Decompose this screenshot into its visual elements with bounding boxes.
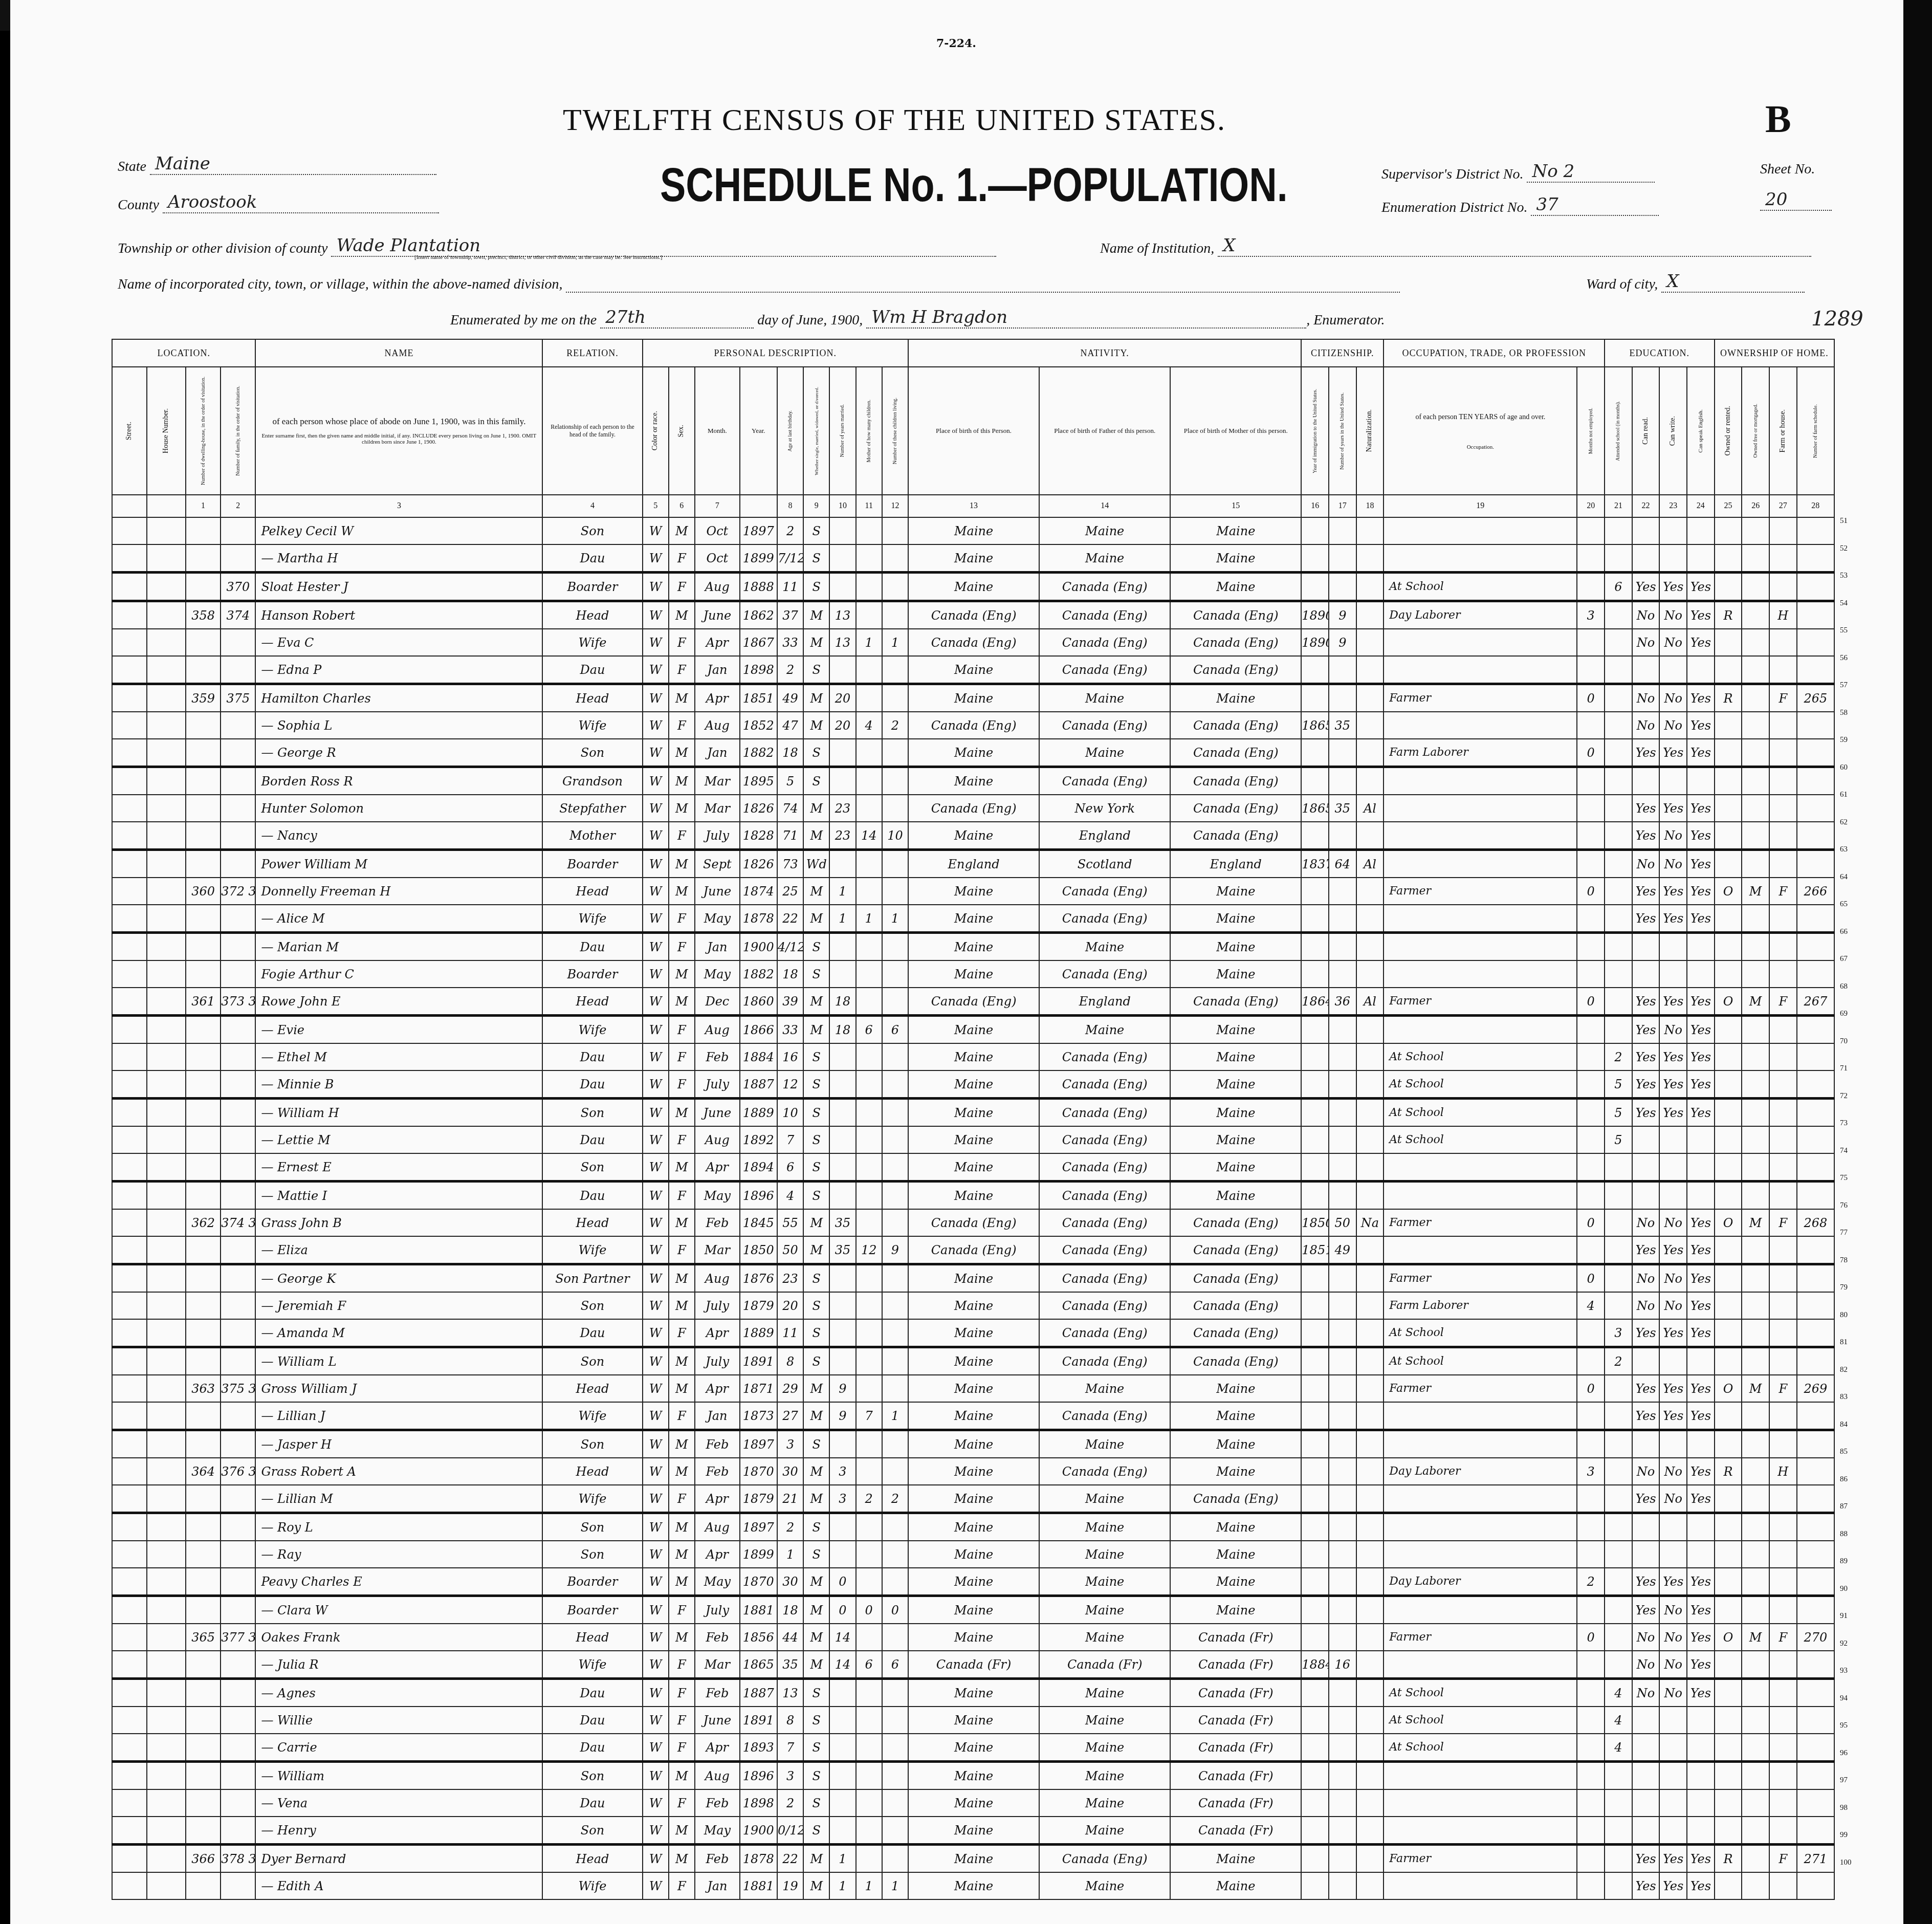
father-birthplace-cell: Canada (Eng) <box>1039 656 1170 684</box>
name-cell: Power William M <box>255 850 542 878</box>
can-write-cell <box>1659 1126 1687 1153</box>
birthplace-cell: Maine <box>908 1043 1039 1070</box>
naturalization-cell <box>1356 1347 1384 1375</box>
speaks-english-cell: Yes <box>1687 1651 1715 1679</box>
free-mortgaged-cell <box>1742 1070 1769 1099</box>
naturalization-cell <box>1356 656 1384 684</box>
mother-birthplace-cell: Canada (Fr) <box>1170 1651 1301 1679</box>
naturalization-cell <box>1356 1430 1384 1458</box>
naturalization-cell <box>1356 1679 1384 1707</box>
years-in-us-cell <box>1329 1182 1356 1210</box>
sheet-no-value: 20 <box>1760 189 1787 210</box>
sex-cell: F <box>669 544 695 573</box>
can-read-cell: Yes <box>1632 1043 1660 1070</box>
immigration-year-cell <box>1301 1099 1329 1127</box>
can-write-cell: Yes <box>1659 1070 1687 1099</box>
house-number-cell <box>147 601 186 629</box>
naturalization-cell <box>1356 1236 1384 1264</box>
line-number: 73 <box>1840 1119 1848 1128</box>
mother-birthplace-cell: Canada (Fr) <box>1170 1817 1301 1845</box>
birthplace-cell: Maine <box>908 656 1039 684</box>
family-number-cell <box>221 517 255 544</box>
birth-year-cell: 1887 <box>740 1679 777 1707</box>
can-read-cell: Yes <box>1632 795 1660 822</box>
owned-rented-cell <box>1715 1070 1742 1099</box>
street-cell <box>112 1596 147 1624</box>
can-write-cell: Yes <box>1659 573 1687 601</box>
can-read-cell: Yes <box>1632 1872 1660 1899</box>
naturalization-cell <box>1356 1153 1384 1182</box>
dwelling-number-cell <box>186 1513 221 1541</box>
mother-of-cell <box>856 933 882 961</box>
children-living-cell <box>882 656 908 684</box>
school-months-cell <box>1605 960 1632 988</box>
naturalization-cell <box>1356 1596 1384 1624</box>
birth-year-cell: 1870 <box>740 1458 777 1485</box>
name-cell: — Alice M <box>255 905 542 933</box>
house-number-cell <box>147 573 186 601</box>
owned-rented-cell <box>1715 1568 1742 1596</box>
owned-rented-cell: R <box>1715 601 1742 629</box>
years-in-us-cell: 9 <box>1329 629 1356 656</box>
years-in-us-cell <box>1329 1734 1356 1762</box>
months-unemployed-cell <box>1577 905 1605 933</box>
father-birthplace-cell: Canada (Eng) <box>1039 1845 1170 1873</box>
sex-cell: F <box>669 822 695 850</box>
table-row: — Martha HDauWFOct18997/12SMaineMaineMai… <box>112 544 1834 573</box>
relation-cell: Dau <box>542 1734 642 1762</box>
age-cell: 30 <box>777 1568 803 1596</box>
hdr-marital: Whether single, married, widowed, or div… <box>803 367 829 495</box>
can-read-cell <box>1632 767 1660 795</box>
marital-status-cell: M <box>803 629 829 656</box>
farm-schedule-cell <box>1797 1043 1834 1070</box>
years-married-cell <box>829 1541 855 1568</box>
children-living-cell <box>882 1375 908 1402</box>
marital-status-cell: M <box>803 905 829 933</box>
can-write-cell <box>1659 1153 1687 1182</box>
name-cell: Gross William J <box>255 1375 542 1402</box>
column-number: 3 <box>255 495 542 517</box>
immigration-year-cell <box>1301 933 1329 961</box>
age-cell: 47 <box>777 712 803 739</box>
farm-house-cell <box>1769 1319 1797 1347</box>
column-number <box>112 495 147 517</box>
years-in-us-cell <box>1329 1264 1356 1293</box>
dwelling-number-cell <box>186 1182 221 1210</box>
farm-house-cell: H <box>1769 1458 1797 1485</box>
birth-month-cell: Apr <box>695 684 740 712</box>
age-cell: 50 <box>777 1236 803 1264</box>
months-unemployed-cell <box>1577 1485 1605 1513</box>
family-number-cell <box>221 1568 255 1596</box>
dwelling-number-cell <box>186 1402 221 1430</box>
birthplace-cell: Maine <box>908 1762 1039 1790</box>
line-number: 69 <box>1840 1010 1848 1018</box>
free-mortgaged-cell <box>1742 767 1769 795</box>
dwelling-number-cell <box>186 1568 221 1596</box>
children-living-cell <box>882 1707 908 1734</box>
immigration-year-cell: 1837 <box>1301 850 1329 878</box>
farm-schedule-cell <box>1797 1485 1834 1513</box>
naturalization-cell <box>1356 544 1384 573</box>
children-living-cell <box>882 1789 908 1817</box>
can-write-cell: Yes <box>1659 905 1687 933</box>
group-name: NAME <box>255 339 542 367</box>
can-read-cell: No <box>1632 1679 1660 1707</box>
birth-year-cell: 1897 <box>740 1513 777 1541</box>
sex-cell: F <box>669 1070 695 1099</box>
mother-birthplace-cell: Maine <box>1170 1402 1301 1430</box>
family-number-cell: 374 378 <box>221 1209 255 1236</box>
house-number-cell <box>147 712 186 739</box>
age-cell: 55 <box>777 1209 803 1236</box>
mother-birthplace-cell: England <box>1170 850 1301 878</box>
school-months-cell <box>1605 656 1632 684</box>
owned-rented-cell: R <box>1715 1458 1742 1485</box>
sex-cell: M <box>669 1624 695 1651</box>
children-living-cell: 9 <box>882 1236 908 1264</box>
school-months-cell <box>1605 1762 1632 1790</box>
city-value <box>566 271 571 292</box>
mother-birthplace-cell: Maine <box>1170 1070 1301 1099</box>
speaks-english-cell: Yes <box>1687 1236 1715 1264</box>
can-read-cell: Yes <box>1632 573 1660 601</box>
relation-cell: Son <box>542 517 642 544</box>
farm-schedule-cell <box>1797 822 1834 850</box>
dwelling-number-cell <box>186 1319 221 1347</box>
color-cell: W <box>643 1153 669 1182</box>
mother-birthplace-cell: Canada (Fr) <box>1170 1707 1301 1734</box>
age-cell: 37 <box>777 601 803 629</box>
family-number-cell <box>221 1182 255 1210</box>
sex-cell: F <box>669 1319 695 1347</box>
family-number-cell <box>221 1264 255 1293</box>
owned-rented-cell <box>1715 573 1742 601</box>
can-read-cell: Yes <box>1632 1485 1660 1513</box>
farm-schedule-cell <box>1797 905 1834 933</box>
farm-house-cell <box>1769 1762 1797 1790</box>
color-cell: W <box>643 656 669 684</box>
owned-rented-cell: O <box>1715 988 1742 1016</box>
farm-schedule-cell <box>1797 1153 1834 1182</box>
line-number: 96 <box>1840 1749 1848 1758</box>
years-married-cell <box>829 960 855 988</box>
hdr-age: Age at last birthday. <box>777 367 803 495</box>
city-label: Name of incorporated city, town, or vill… <box>118 276 562 292</box>
street-cell <box>112 1043 147 1070</box>
dwelling-number-cell <box>186 1126 221 1153</box>
farm-schedule-cell: 270 <box>1797 1624 1834 1651</box>
marital-status-cell: S <box>803 1541 829 1568</box>
table-row: 361373 377Rowe John EHeadWMDec186039M18C… <box>112 988 1834 1016</box>
owned-rented-cell <box>1715 933 1742 961</box>
speaks-english-cell: Yes <box>1687 1596 1715 1624</box>
mother-of-cell <box>856 1126 882 1153</box>
immigration-year-cell <box>1301 1430 1329 1458</box>
farm-house-cell <box>1769 767 1797 795</box>
birth-year-cell: 1881 <box>740 1596 777 1624</box>
owned-rented-cell <box>1715 1264 1742 1293</box>
relation-cell: Head <box>542 988 642 1016</box>
can-write-cell: No <box>1659 822 1687 850</box>
naturalization-cell <box>1356 601 1384 629</box>
years-married-cell: 9 <box>829 1375 855 1402</box>
birth-year-cell: 1900 <box>740 1817 777 1845</box>
can-read-cell <box>1632 1126 1660 1153</box>
birth-year-cell: 1878 <box>740 1845 777 1873</box>
school-months-cell <box>1605 1624 1632 1651</box>
state-value: Maine <box>150 154 210 174</box>
family-number-cell <box>221 1292 255 1319</box>
occupation-cell <box>1384 1402 1577 1430</box>
street-cell <box>112 850 147 878</box>
school-months-cell <box>1605 684 1632 712</box>
immigration-year-cell <box>1301 656 1329 684</box>
mother-of-cell: 12 <box>856 1236 882 1264</box>
birthplace-cell: Maine <box>908 517 1039 544</box>
school-months-cell <box>1605 1153 1632 1182</box>
years-married-cell <box>829 1817 855 1845</box>
mother-of-cell: 2 <box>856 1485 882 1513</box>
table-row: — Marian MDauWFJan19004/12SMaineMaineMai… <box>112 933 1834 961</box>
school-months-cell: 4 <box>1605 1707 1632 1734</box>
line-number: 59 <box>1840 736 1848 745</box>
months-unemployed-cell <box>1577 1872 1605 1899</box>
immigration-year-cell <box>1301 1070 1329 1099</box>
occupation-cell: Farmer <box>1384 878 1577 905</box>
farm-schedule-cell <box>1797 1541 1834 1568</box>
mother-of-cell <box>856 1624 882 1651</box>
years-married-cell <box>829 1264 855 1293</box>
color-cell: W <box>643 1541 669 1568</box>
speaks-english-cell: Yes <box>1687 850 1715 878</box>
street-cell <box>112 767 147 795</box>
free-mortgaged-cell <box>1742 1541 1769 1568</box>
birth-year-cell: 1874 <box>740 878 777 905</box>
age-cell: 13 <box>777 1679 803 1707</box>
birthplace-cell: Canada (Eng) <box>908 795 1039 822</box>
color-cell: W <box>643 1707 669 1734</box>
naturalization-cell <box>1356 1264 1384 1293</box>
marital-status-cell: S <box>803 1679 829 1707</box>
family-number-cell <box>221 739 255 767</box>
mother-of-cell: 7 <box>856 1402 882 1430</box>
mother-birthplace-cell: Canada (Fr) <box>1170 1734 1301 1762</box>
line-number: 100 <box>1840 1859 1852 1867</box>
years-in-us-cell: 35 <box>1329 712 1356 739</box>
birth-month-cell: Sept <box>695 850 740 878</box>
mother-of-cell <box>856 1099 882 1127</box>
street-cell <box>112 712 147 739</box>
column-number: 4 <box>542 495 642 517</box>
children-living-cell <box>882 1182 908 1210</box>
years-married-cell <box>829 933 855 961</box>
hdr-can-write: Can write. <box>1659 367 1687 495</box>
speaks-english-cell: Yes <box>1687 573 1715 601</box>
children-living-cell: 2 <box>882 1485 908 1513</box>
line-number: 85 <box>1840 1448 1848 1456</box>
table-row: — VenaDauWFFeb18982SMaineMaineCanada (Fr… <box>112 1789 1834 1817</box>
age-cell: 10 <box>777 1099 803 1127</box>
naturalization-cell <box>1356 1789 1384 1817</box>
children-living-cell <box>882 795 908 822</box>
can-read-cell: Yes <box>1632 1236 1660 1264</box>
relation-cell: Boarder <box>542 1596 642 1624</box>
name-cell: — Vena <box>255 1789 542 1817</box>
line-number: 62 <box>1840 818 1848 827</box>
mother-birthplace-cell: Canada (Eng) <box>1170 988 1301 1016</box>
sex-cell: F <box>669 1596 695 1624</box>
street-cell <box>112 905 147 933</box>
marital-status-cell: M <box>803 1458 829 1485</box>
color-cell: W <box>643 1872 669 1899</box>
can-read-cell: No <box>1632 1624 1660 1651</box>
birthplace-cell: Maine <box>908 1126 1039 1153</box>
table-row: 366378 382Dyer BernardHeadWMFeb187822M1M… <box>112 1845 1834 1873</box>
speaks-english-cell: Yes <box>1687 1872 1715 1899</box>
father-birthplace-cell: Canada (Eng) <box>1039 960 1170 988</box>
immigration-year-cell <box>1301 1458 1329 1485</box>
children-living-cell <box>882 988 908 1016</box>
family-number-cell <box>221 960 255 988</box>
line-number: 99 <box>1840 1831 1848 1840</box>
birthplace-cell: Maine <box>908 1182 1039 1210</box>
farm-house-cell <box>1769 1513 1797 1541</box>
hdr-birth-father: Place of birth of Father of this person. <box>1039 367 1170 495</box>
months-unemployed-cell <box>1577 544 1605 573</box>
mother-of-cell <box>856 1679 882 1707</box>
table-row: 364376 380Grass Robert AHeadWMFeb187030M… <box>112 1458 1834 1485</box>
occupation-cell <box>1384 656 1577 684</box>
occupation-cell: At School <box>1384 1126 1577 1153</box>
years-married-cell: 13 <box>829 601 855 629</box>
sex-cell: M <box>669 739 695 767</box>
school-months-cell <box>1605 822 1632 850</box>
birthplace-cell: Maine <box>908 1402 1039 1430</box>
sex-cell: M <box>669 878 695 905</box>
speaks-english-cell: Yes <box>1687 795 1715 822</box>
birth-month-cell: May <box>695 1568 740 1596</box>
relation-cell: Son <box>542 1817 642 1845</box>
children-living-cell: 10 <box>882 822 908 850</box>
occupation-cell <box>1384 933 1577 961</box>
father-birthplace-cell: Maine <box>1039 1707 1170 1734</box>
speaks-english-cell: Yes <box>1687 1016 1715 1044</box>
color-cell: W <box>643 1209 669 1236</box>
can-read-cell: Yes <box>1632 1375 1660 1402</box>
speaks-english-cell <box>1687 1762 1715 1790</box>
can-read-cell: No <box>1632 684 1660 712</box>
school-months-cell: 4 <box>1605 1679 1632 1707</box>
birth-month-cell: Aug <box>695 1264 740 1293</box>
farm-house-cell <box>1769 1679 1797 1707</box>
farm-schedule-cell: 268 <box>1797 1209 1834 1236</box>
age-cell: 27 <box>777 1402 803 1430</box>
farm-schedule-cell <box>1797 1762 1834 1790</box>
age-cell: 71 <box>777 822 803 850</box>
farm-schedule-cell: 269 <box>1797 1375 1834 1402</box>
speaks-english-cell: Yes <box>1687 1375 1715 1402</box>
column-number: 17 <box>1329 495 1356 517</box>
house-number-cell <box>147 850 186 878</box>
line-number: 60 <box>1840 763 1848 772</box>
years-in-us-cell <box>1329 1817 1356 1845</box>
years-married-cell <box>829 1762 855 1790</box>
relation-cell: Son <box>542 1430 642 1458</box>
school-months-cell <box>1605 1872 1632 1899</box>
state-label: State <box>118 159 146 174</box>
months-unemployed-cell <box>1577 1153 1605 1182</box>
line-number: 78 <box>1840 1256 1848 1265</box>
immigration-year-cell: 1890 <box>1301 601 1329 629</box>
can-write-cell: No <box>1659 1651 1687 1679</box>
father-birthplace-cell: Maine <box>1039 1430 1170 1458</box>
birth-month-cell: Aug <box>695 712 740 739</box>
can-write-cell <box>1659 656 1687 684</box>
marital-status-cell: S <box>803 1126 829 1153</box>
children-living-cell <box>882 1513 908 1541</box>
age-cell: 22 <box>777 905 803 933</box>
occupation-cell: Farm Laborer <box>1384 1292 1577 1319</box>
house-number-cell <box>147 1651 186 1679</box>
children-living-cell <box>882 601 908 629</box>
naturalization-cell <box>1356 1375 1384 1402</box>
birth-year-cell: 1867 <box>740 629 777 656</box>
mother-birthplace-cell: Canada (Eng) <box>1170 739 1301 767</box>
table-row: — Sophia LWifeWFAug185247M2042Canada (En… <box>112 712 1834 739</box>
house-number-cell <box>147 1734 186 1762</box>
dwelling-number-cell: 365 <box>186 1624 221 1651</box>
mother-of-cell <box>856 850 882 878</box>
name-cell: Fogie Arthur C <box>255 960 542 988</box>
enumeration-district-value: 37 <box>1531 194 1558 215</box>
hdr-relation-desc: Relationship of each person to the head … <box>542 367 642 495</box>
house-number-cell <box>147 656 186 684</box>
years-married-cell <box>829 1099 855 1127</box>
sex-cell: M <box>669 1845 695 1873</box>
farm-schedule-cell: 265 <box>1797 684 1834 712</box>
birth-year-cell: 1898 <box>740 1789 777 1817</box>
color-cell: W <box>643 1596 669 1624</box>
naturalization-cell: Al <box>1356 850 1384 878</box>
mother-of-cell: 6 <box>856 1651 882 1679</box>
naturalization-cell <box>1356 1182 1384 1210</box>
birth-month-cell: July <box>695 1292 740 1319</box>
house-number-cell <box>147 1070 186 1099</box>
mother-birthplace-cell: Canada (Eng) <box>1170 1209 1301 1236</box>
mother-of-cell <box>856 878 882 905</box>
father-birthplace-cell: Maine <box>1039 1485 1170 1513</box>
table-row: 363375 379Gross William JHeadWMApr187129… <box>112 1375 1834 1402</box>
occupation-cell: Farmer <box>1384 1845 1577 1873</box>
relation-cell: Head <box>542 601 642 629</box>
months-unemployed-cell <box>1577 1236 1605 1264</box>
can-write-cell: No <box>1659 1209 1687 1236</box>
years-married-cell: 9 <box>829 1402 855 1430</box>
naturalization-cell: Al <box>1356 988 1384 1016</box>
can-read-cell <box>1632 1153 1660 1182</box>
dwelling-number-cell <box>186 1153 221 1182</box>
immigration-year-cell <box>1301 1845 1329 1873</box>
naturalization-cell <box>1356 822 1384 850</box>
marital-status-cell: M <box>803 1375 829 1402</box>
dwelling-number-cell: 366 <box>186 1845 221 1873</box>
marital-status-cell: S <box>803 767 829 795</box>
years-married-cell <box>829 739 855 767</box>
color-cell: W <box>643 601 669 629</box>
mother-of-cell: 6 <box>856 1016 882 1044</box>
